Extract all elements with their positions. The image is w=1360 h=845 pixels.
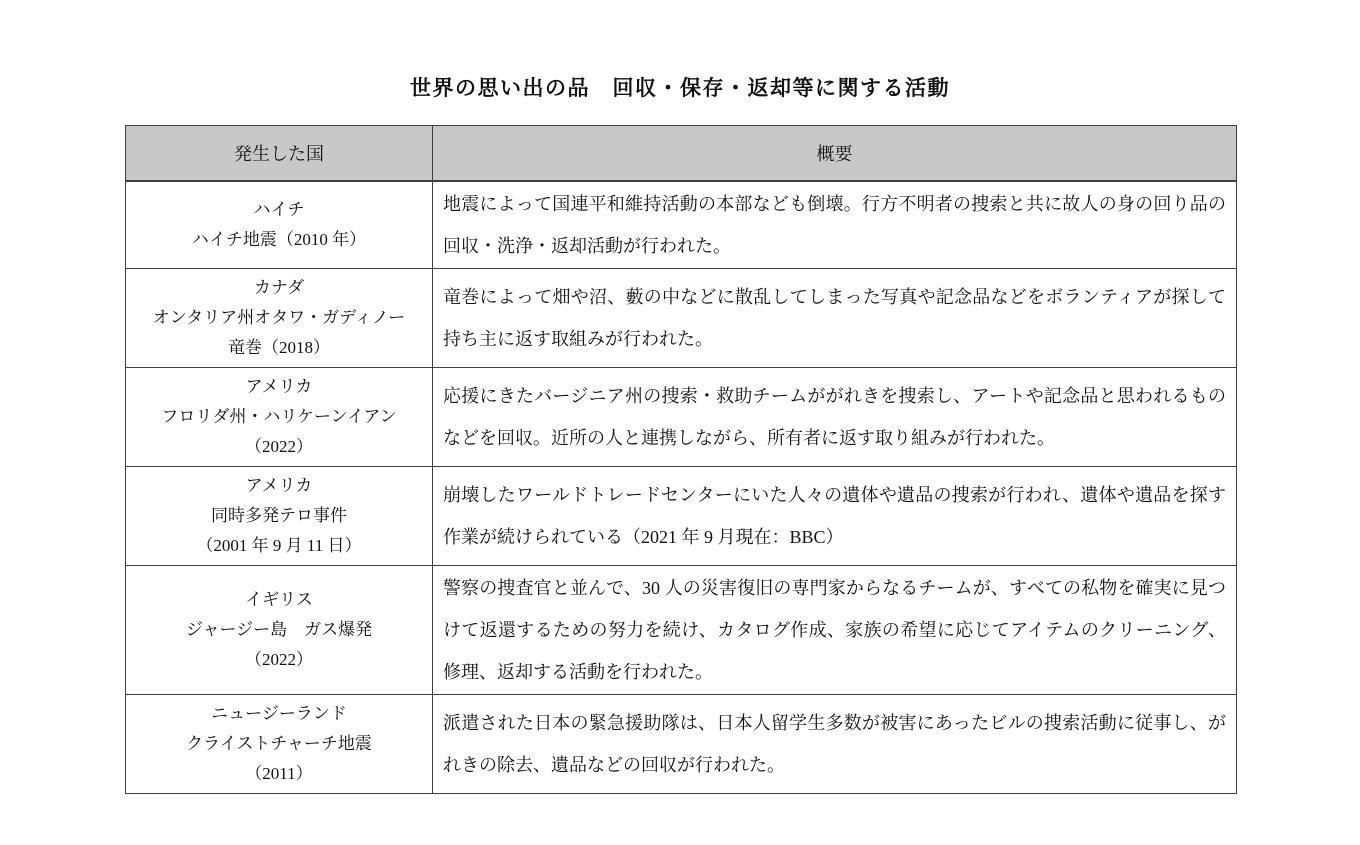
country-cell: ハイチ ハイチ地震（2010 年） — [126, 181, 433, 269]
column-header-country: 発生した国 — [126, 126, 433, 181]
summary-cell: 警察の捜査官と並んで、30 人の災害復旧の専門家からなるチームが、すべての私物を… — [433, 565, 1237, 694]
table-row: ハイチ ハイチ地震（2010 年） 地震によって国連平和維持活動の本部なども倒壊… — [126, 181, 1237, 269]
table-header-row: 発生した国 概要 — [126, 126, 1237, 181]
table-row: ニュージーランド クライストチャーチ地震 （2011） 派遣された日本の緊急援助… — [126, 694, 1237, 793]
table-row: アメリカ 同時多発テロ事件 （2001 年 9 月 11 日） 崩壊したワールド… — [126, 466, 1237, 565]
table-row: カナダ オンタリア州オタワ・ガディノー 竜巻（2018） 竜巻によって畑や沼、藪… — [126, 268, 1237, 367]
country-cell: アメリカ フロリダ州・ハリケーンイアン （2022） — [126, 367, 433, 466]
memento-activities-table: 発生した国 概要 ハイチ ハイチ地震（2010 年） 地震によって国連平和維持活… — [125, 125, 1237, 794]
summary-cell: 応援にきたバージニア州の捜索・救助チームががれきを捜索し、アートや記念品と思われ… — [433, 367, 1237, 466]
country-cell: アメリカ 同時多発テロ事件 （2001 年 9 月 11 日） — [126, 466, 433, 565]
country-cell: ニュージーランド クライストチャーチ地震 （2011） — [126, 694, 433, 793]
page-title: 世界の思い出の品 回収・保存・返却等に関する活動 — [0, 0, 1360, 102]
document-page: 世界の思い出の品 回収・保存・返却等に関する活動 発生した国 概要 ハイチ ハイ… — [0, 0, 1360, 845]
summary-cell: 地震によって国連平和維持活動の本部なども倒壊。行方不明者の捜索と共に故人の身の回… — [433, 181, 1237, 269]
summary-cell: 派遣された日本の緊急援助隊は、日本人留学生多数が被害にあったビルの捜索活動に従事… — [433, 694, 1237, 793]
country-cell: カナダ オンタリア州オタワ・ガディノー 竜巻（2018） — [126, 268, 433, 367]
summary-cell: 崩壊したワールドトレードセンターにいた人々の遺体や遺品の捜索が行われ、遺体や遺品… — [433, 466, 1237, 565]
table-row: イギリス ジャージー島 ガス爆発 （2022） 警察の捜査官と並んで、30 人の… — [126, 565, 1237, 694]
column-header-summary: 概要 — [433, 126, 1237, 181]
country-cell: イギリス ジャージー島 ガス爆発 （2022） — [126, 565, 433, 694]
summary-cell: 竜巻によって畑や沼、藪の中などに散乱してしまった写真や記念品などをボランティアが… — [433, 268, 1237, 367]
table-row: アメリカ フロリダ州・ハリケーンイアン （2022） 応援にきたバージニア州の捜… — [126, 367, 1237, 466]
